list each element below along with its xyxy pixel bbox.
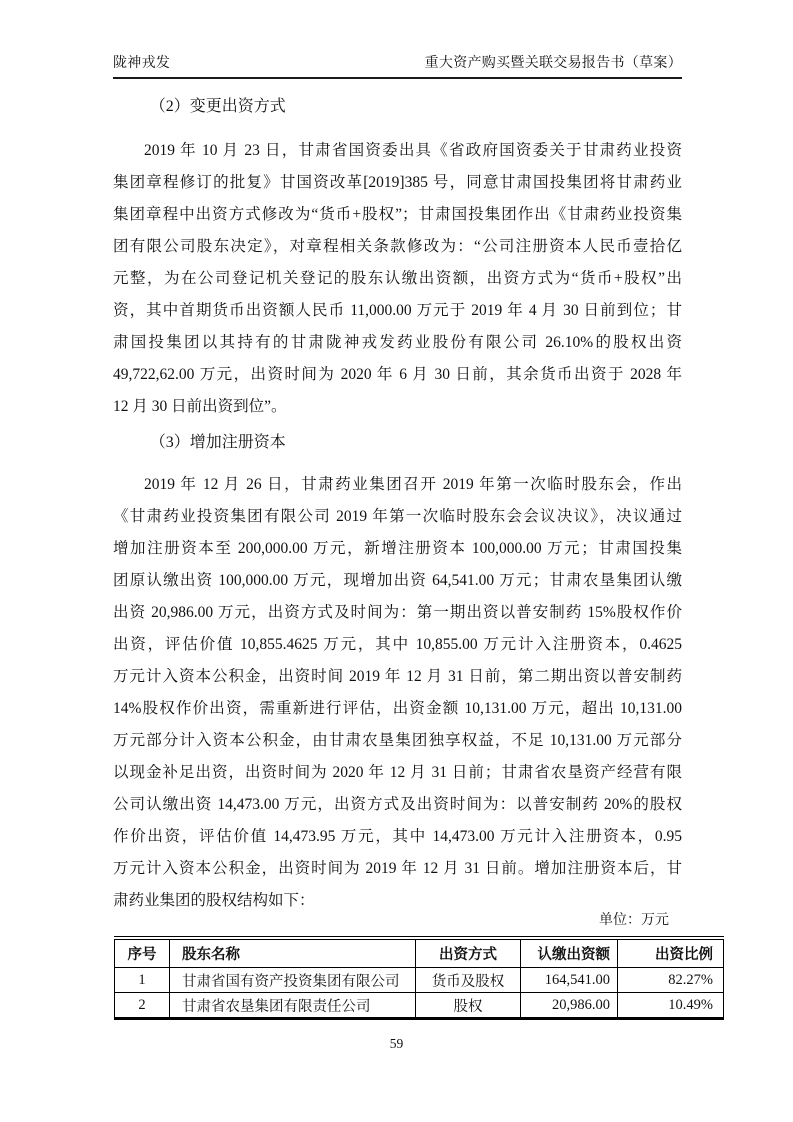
cell-index: 2 [115,993,170,1019]
text-line: 出资 20,986.00 万元，出资方式及时间为：第一期出资以普安制药 15%股… [113,597,682,629]
paragraph-increase-registered-capital: 2019 年 12 月 26 日，甘肃药业集团召开 2019 年第一次临时股东会… [113,469,682,917]
text-line: 万元计入资本公积金，出资时间为 2019 年 12 月 31 日前。增加注册资本… [113,853,682,885]
text-line: 团原认缴出资 100,000.00 万元，现增加出资 64,541.00 万元；… [113,565,682,597]
text-line: 2019 年 10 月 23 日，甘肃省国资委出具《省政府国资委关于甘肃药业投资 [113,135,682,167]
col-header-index: 序号 [115,938,170,968]
table-row: 2 甘肃省农垦集团有限责任公司 股权 20,986.00 10.49% [115,993,724,1019]
cell-shareholder: 甘肃省农垦集团有限责任公司 [170,993,416,1019]
cell-method: 股权 [416,993,521,1019]
col-header-method: 出资方式 [416,938,521,968]
text-line: 肃国投集团以其持有的甘肃陇神戎发药业股份有限公司 26.10%的股权出资 [113,327,682,359]
cell-method: 货币及股权 [416,968,521,993]
text-line: 出资，评估价值 10,855.4625 万元，其中 10,855.00 万元计入… [113,629,682,661]
cell-amount: 20,986.00 [521,993,618,1019]
text-line: 团有限公司股东决定》，对章程相关条款修改为：“公司注册资本人民币壹拾亿 [113,231,682,263]
cell-amount: 164,541.00 [521,968,618,993]
section-heading-3: （3）增加注册资本 [113,429,682,452]
cell-ratio: 82.27% [618,968,724,993]
table-row: 1 甘肃省国有资产投资集团有限公司 货币及股权 164,541.00 82.27… [115,968,724,993]
col-header-ratio: 出资比例 [618,938,724,968]
text-line: 以现金补足出资，出资时间为 2020 年 12 月 31 日前；甘肃省农垦资产经… [113,757,682,789]
paragraph-change-contribution-method: 2019 年 10 月 23 日，甘肃省国资委出具《省政府国资委关于甘肃药业投资… [113,135,682,423]
text-line: 万元计入资本公积金，出资时间 2019 年 12 月 31 日前，第二期出资以普… [113,661,682,693]
text-line: 元整，为在公司登记机关登记的股东认缴出资额，出资方式为“货币+股权”出 [113,263,682,295]
header-left-title: 陇神戎发 [113,52,170,72]
text-line: 14%股权作价出资，需重新进行评估，出资金额 10,131.00 万元，超出 1… [113,693,682,725]
text-line: 49,722,62.00 万元，出资时间为 2020 年 6 月 30 日前，其… [113,359,682,391]
table-header-row: 序号 股东名称 出资方式 认缴出资额 出资比例 [115,938,724,968]
equity-structure-table: 序号 股东名称 出资方式 认缴出资额 出资比例 1 甘肃省国有资产投资集团有限公… [114,936,687,1020]
cell-ratio: 10.49% [618,993,724,1019]
text-line: 增加注册资本至 200,000.00 万元，新增注册资本 100,000.00 … [113,533,682,565]
text-line: 2019 年 12 月 26 日，甘肃药业集团召开 2019 年第一次临时股东会… [113,469,682,501]
document-page: 陇神戎发 重大资产购买暨关联交易报告书（草案） （2）变更出资方式 2019 年… [0,0,793,1122]
cell-shareholder: 甘肃省国有资产投资集团有限公司 [170,968,416,993]
header-right-title: 重大资产购买暨关联交易报告书（草案） [425,52,682,72]
equity-structure-table-grid: 序号 股东名称 出资方式 认缴出资额 出资比例 1 甘肃省国有资产投资集团有限公… [114,936,724,1020]
col-header-amount: 认缴出资额 [521,938,618,968]
text-line: 12 月 30 日前出资到位”。 [113,391,682,423]
text-line: 《甘肃药业投资集团有限公司 2019 年第一次临时股东会会议决议》，决议通过 [113,501,682,533]
text-line: 作价出资，评估价值 14,473.95 万元，其中 14,473.00 万元计入… [113,821,682,853]
text-line: 集团章程修订的批复》甘国资改革[2019]385 号，同意甘肃国投集团将甘肃药业 [113,167,682,199]
col-header-shareholder: 股东名称 [170,938,416,968]
text-line: 集团章程中出资方式修改为“货币+股权”；甘肃国投集团作出《甘肃药业投资集 [113,199,682,231]
running-header: 陇神戎发 重大资产购买暨关联交易报告书（草案） [113,52,682,79]
page-number: 59 [0,1036,793,1052]
text-line: 资，其中首期货币出资额人民币 11,000.00 万元于 2019 年 4 月 … [113,295,682,327]
text-line: 万元部分计入资本公积金，由甘肃农垦集团独享权益，不足 10,131.00 万元部… [113,725,682,757]
cell-index: 1 [115,968,170,993]
section-heading-2: （2）变更出资方式 [113,93,682,116]
text-line: 公司认缴出资 14,473.00 万元，出资方式及出资时间为：以普安制药 20%… [113,789,682,821]
table-unit-label: 单位：万元 [113,909,687,929]
